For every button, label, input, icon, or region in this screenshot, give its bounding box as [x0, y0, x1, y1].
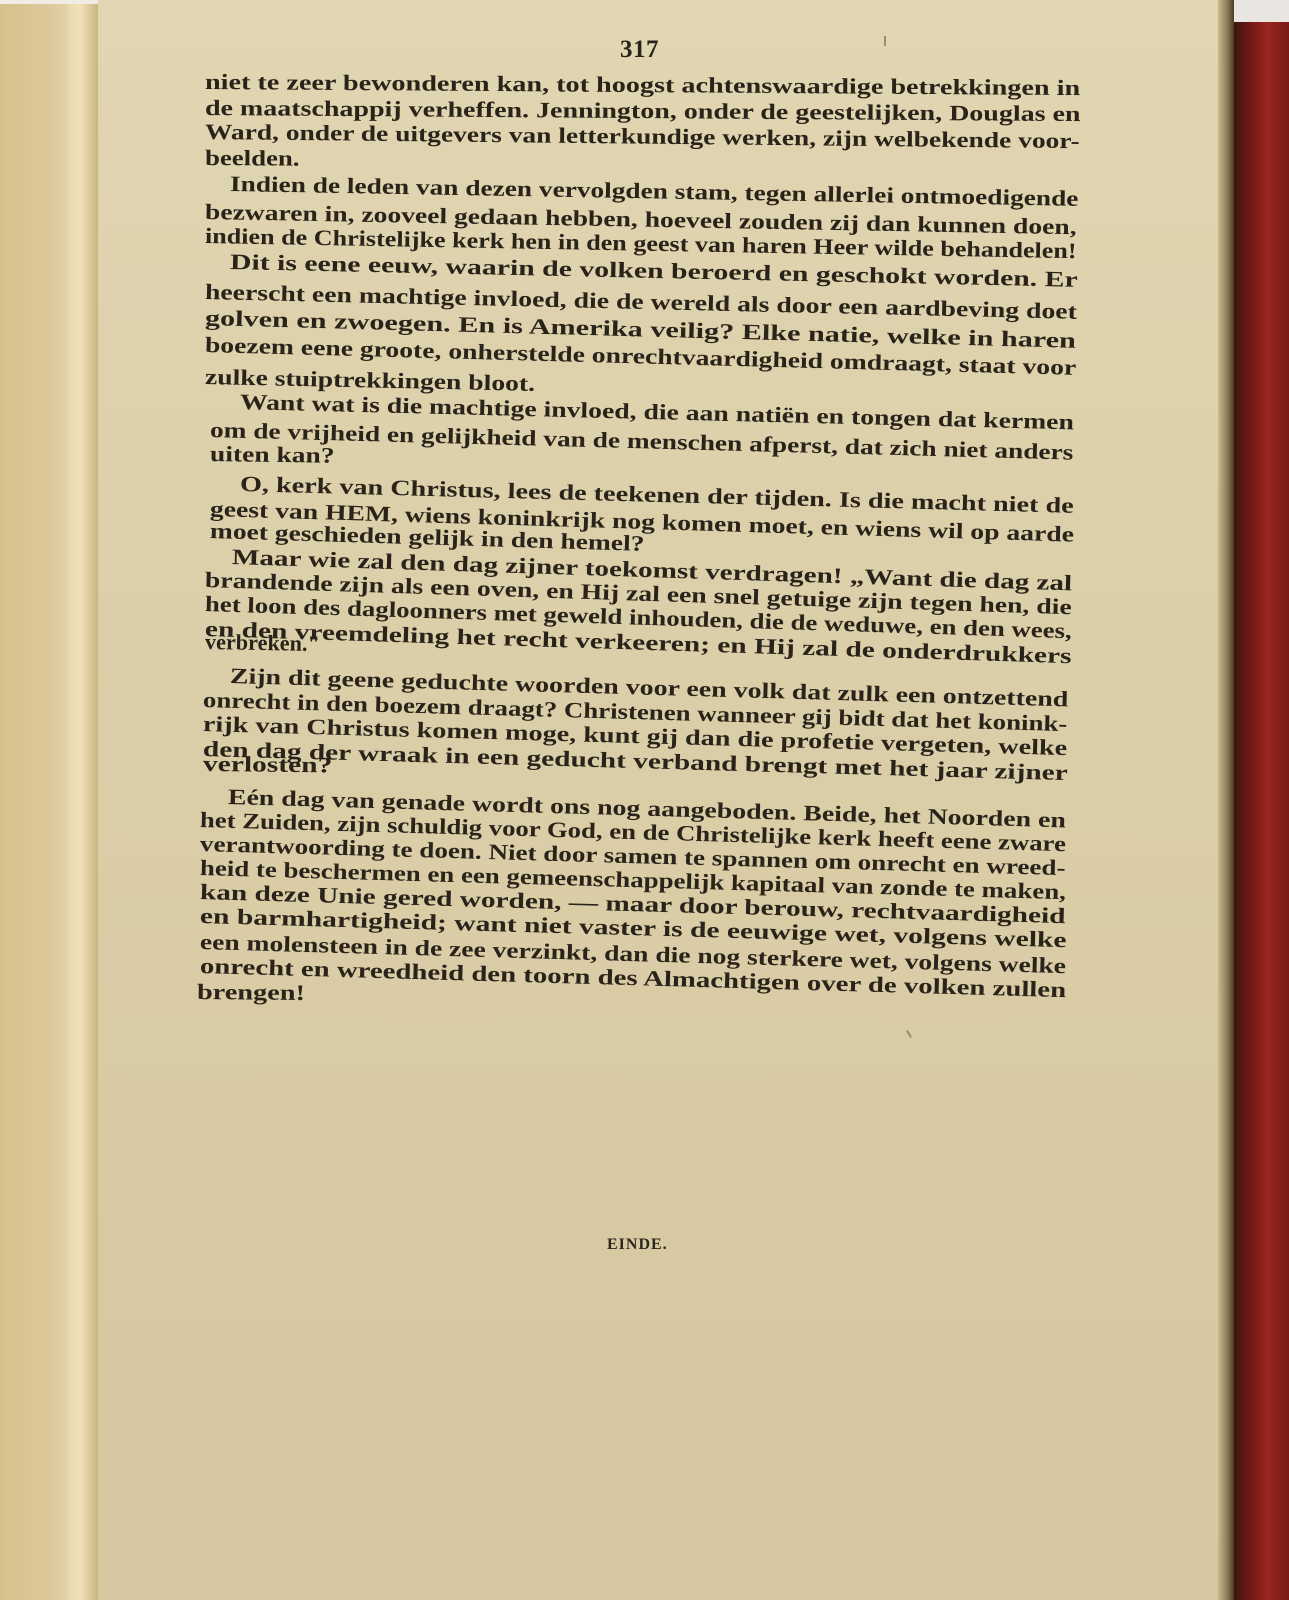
- text-line: uiten kan?: [210, 442, 335, 468]
- text-line: beelden.: [205, 146, 300, 171]
- end-label: EINDE.: [607, 1236, 668, 1254]
- text-line: verbreken.": [205, 630, 320, 656]
- body-text: niet te zeer bewonderen kan, tot hoogst …: [0, 0, 1289, 1600]
- text-line: verlosten?: [203, 752, 333, 777]
- paper-speck: [884, 36, 886, 46]
- text-line: brengen!: [197, 980, 305, 1005]
